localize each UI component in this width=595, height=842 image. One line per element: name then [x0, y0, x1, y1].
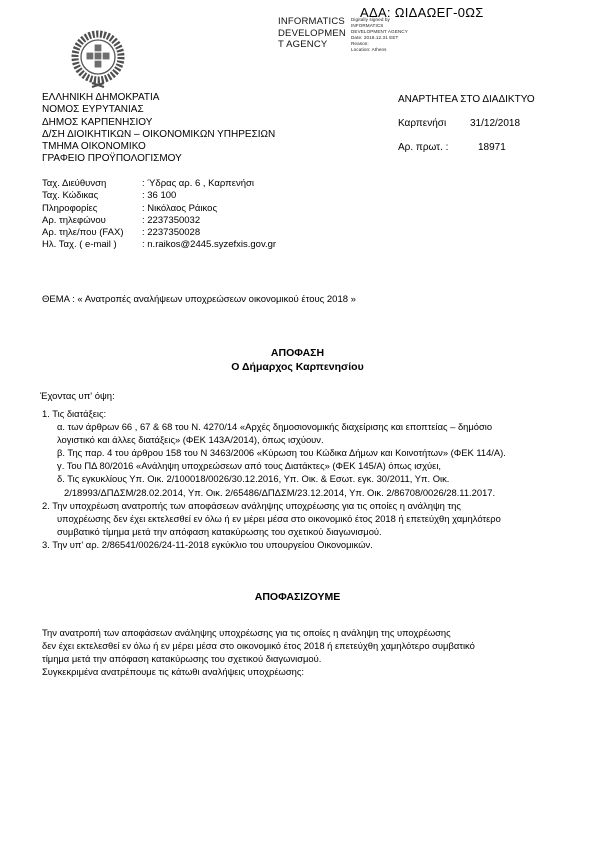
- subject-line: ΘΕΜΑ : « Ανατροπές αναλήψεων υποχρεώσεων…: [42, 294, 356, 305]
- org-header-line: ΝΟΜΟΣ ΕΥΡΥΤΑΝΙΑΣ: [42, 104, 275, 116]
- org-header-line: ΤΜΗΜΑ ΟΙΚΟΝΟΜΙΚΟ: [42, 141, 275, 153]
- contact-label: Ταχ. Κώδικας: [42, 190, 142, 202]
- contact-label: Αρ. τηλε/που (FAX): [42, 227, 142, 239]
- contact-value: : Ύδρας αρ. 6 , Καρπενήσι: [142, 178, 254, 190]
- contact-block: Ταχ. Διεύθυνση : Ύδρας αρ. 6 , Καρπενήσι…: [42, 178, 276, 252]
- decision-heading: ΑΠΟΦΑΣΗ Ο Δήμαρχος Καρπενησίου: [0, 347, 595, 374]
- contact-label: Πληροφορίες: [42, 203, 142, 215]
- contact-email: : n.raikos@2445.syzefxis.gov.gr: [142, 239, 276, 251]
- having-regard-label: Έχοντας υπ' όψη:: [40, 391, 115, 402]
- preamble-line: 2/18993/ΔΠΔΣΜ/28.02.2014, Υπ. Οικ. 2/654…: [42, 486, 506, 499]
- preamble-line: γ. Του ΠΔ 80/2016 «Ανάληψη υποχρεώσεων α…: [42, 459, 506, 472]
- resolution-line: Συγκεκριμένα ανατρέπουμε τις κάτωθι αναλ…: [42, 665, 475, 678]
- decision-title: ΑΠΟΦΑΣΗ: [0, 347, 595, 361]
- greek-coat-of-arms-icon: [69, 27, 127, 96]
- contact-value: : 2237350032: [142, 215, 200, 227]
- contact-row: Ταχ. Διεύθυνση : Ύδρας αρ. 6 , Καρπενήσι: [42, 178, 276, 190]
- stamp-agency-line: T AGENCY: [278, 39, 346, 51]
- contact-value: : Νικόλαος Ράικος: [142, 203, 217, 215]
- contact-row: Αρ. τηλεφώνου : 2237350032: [42, 215, 276, 227]
- org-header: ΕΛΛΗΝΙΚΗ ΔΗΜΟΚΡΑΤΙΑΝΟΜΟΣ ΕΥΡΥΤΑΝΙΑΣΔΗΜΟΣ…: [42, 92, 275, 166]
- contact-value: : 36 100: [142, 190, 176, 202]
- protocol-number: 18971: [478, 142, 506, 153]
- stamp-signature-details: Digitally signed byINFORMATICSDEVELOPMEN…: [351, 16, 408, 53]
- resolution-line: Την ανατροπή των αποφάσεων ανάληψης υποχ…: [42, 626, 475, 639]
- preamble-line: α. των άρθρων 66 , 67 & 68 του Ν. 4270/1…: [42, 420, 506, 433]
- document-date: 31/12/2018: [470, 118, 520, 129]
- document-page: ΑΔΑ: ΩΙΔΑΩΕΓ-0ΩΣ INFORMATICSDEVELOPMENT …: [0, 0, 595, 842]
- resolution-heading: ΑΠΟΦΑΣΙΖΟΥΜΕ: [0, 591, 595, 603]
- resolution-body: Την ανατροπή των αποφάσεων ανάληψης υποχ…: [42, 626, 475, 678]
- preamble-list: 1. Τις διατάξεις:α. των άρθρων 66 , 67 &…: [42, 407, 506, 551]
- stamp-agency-name: INFORMATICSDEVELOPMENT AGENCY: [278, 16, 346, 51]
- place-label: Καρπενήσι: [398, 118, 446, 129]
- stamp-agency-line: INFORMATICS: [278, 16, 346, 28]
- preamble-line: υποχρέωσης δεν έχει εκτελεσθεί εν όλω ή …: [42, 512, 506, 525]
- stamp-agency-line: DEVELOPMEN: [278, 28, 346, 40]
- preamble-line: 2. Την υποχρέωση ανατροπής των αποφάσεων…: [42, 499, 506, 512]
- org-header-line: Δ/ΣΗ ΔΙΟΙΚΗΤΙΚΩΝ – ΟΙΚΟΝΟΜΙΚΩΝ ΥΠΗΡΕΣΙΩΝ: [42, 129, 275, 141]
- contact-row: Ταχ. Κώδικας : 36 100: [42, 190, 276, 202]
- contact-value: : 2237350028: [142, 227, 200, 239]
- preamble-line: συμβατικό τίμημα μετά την απόφαση κατακύ…: [42, 525, 506, 538]
- contact-row: Πληροφορίες : Νικόλαος Ράικος: [42, 203, 276, 215]
- digital-signature-stamp: INFORMATICSDEVELOPMENT AGENCY Digitally …: [278, 16, 408, 53]
- contact-row: Ηλ. Ταχ. ( e-mail ) : n.raikos@2445.syze…: [42, 239, 276, 251]
- org-header-line: ΓΡΑΦΕΙΟ ΠΡΟΫΠΟΛΟΓΙΣΜΟΥ: [42, 153, 275, 165]
- preamble-line: 1. Τις διατάξεις:: [42, 407, 506, 420]
- stamp-signature-line: Location: Athens: [351, 47, 408, 53]
- org-header-line: ΔΗΜΟΣ ΚΑΡΠΕΝΗΣΙΟΥ: [42, 117, 275, 129]
- contact-row: Αρ. τηλε/που (FAX) : 2237350028: [42, 227, 276, 239]
- preamble-line: β. Της παρ. 4 του άρθρου 158 του Ν 3463/…: [42, 446, 506, 459]
- contact-label: Αρ. τηλεφώνου: [42, 215, 142, 227]
- preamble-line: λογιστικό και άλλες διατάξεις» (ΦΕΚ 143Α…: [42, 433, 506, 446]
- decision-subtitle: Ο Δήμαρχος Καρπενησίου: [0, 361, 595, 375]
- preamble-line: 3. Την υπ' αρ. 2/86541/0026/24-11-2018 ε…: [42, 538, 506, 551]
- resolution-line: τίμημα μετά την απόφαση κατακύρωσης του …: [42, 652, 475, 665]
- resolution-line: δεν έχει εκτελεσθεί εν όλω ή εν μέρει μέ…: [42, 639, 475, 652]
- publish-notice: ΑΝΑΡΤΗΤΕΑ ΣΤΟ ΔΙΑΔΙΚΤΥΟ: [398, 94, 535, 105]
- preamble-line: δ. Τις εγκυκλίους Υπ. Οικ. 2/100018/0026…: [42, 472, 506, 485]
- protocol-label: Αρ. πρωτ. :: [398, 142, 448, 153]
- contact-label: Ταχ. Διεύθυνση: [42, 178, 142, 190]
- contact-label: Ηλ. Ταχ. ( e-mail ): [42, 239, 142, 251]
- org-header-line: ΕΛΛΗΝΙΚΗ ΔΗΜΟΚΡΑΤΙΑ: [42, 92, 275, 104]
